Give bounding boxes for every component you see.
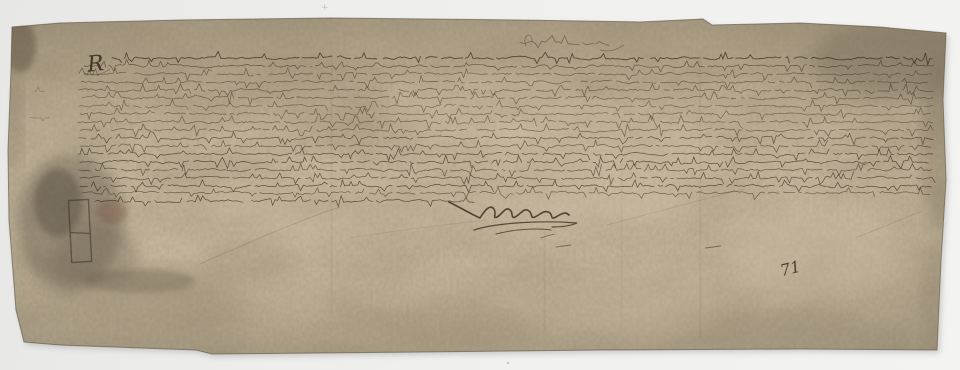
manuscript-photo: + R 71 bbox=[0, 0, 960, 370]
backdrop-speck bbox=[507, 362, 509, 364]
registration-mark: + bbox=[321, 3, 329, 13]
initial-letter-R: R bbox=[85, 51, 105, 78]
parchment-canvas: + R 71 bbox=[0, 0, 960, 370]
